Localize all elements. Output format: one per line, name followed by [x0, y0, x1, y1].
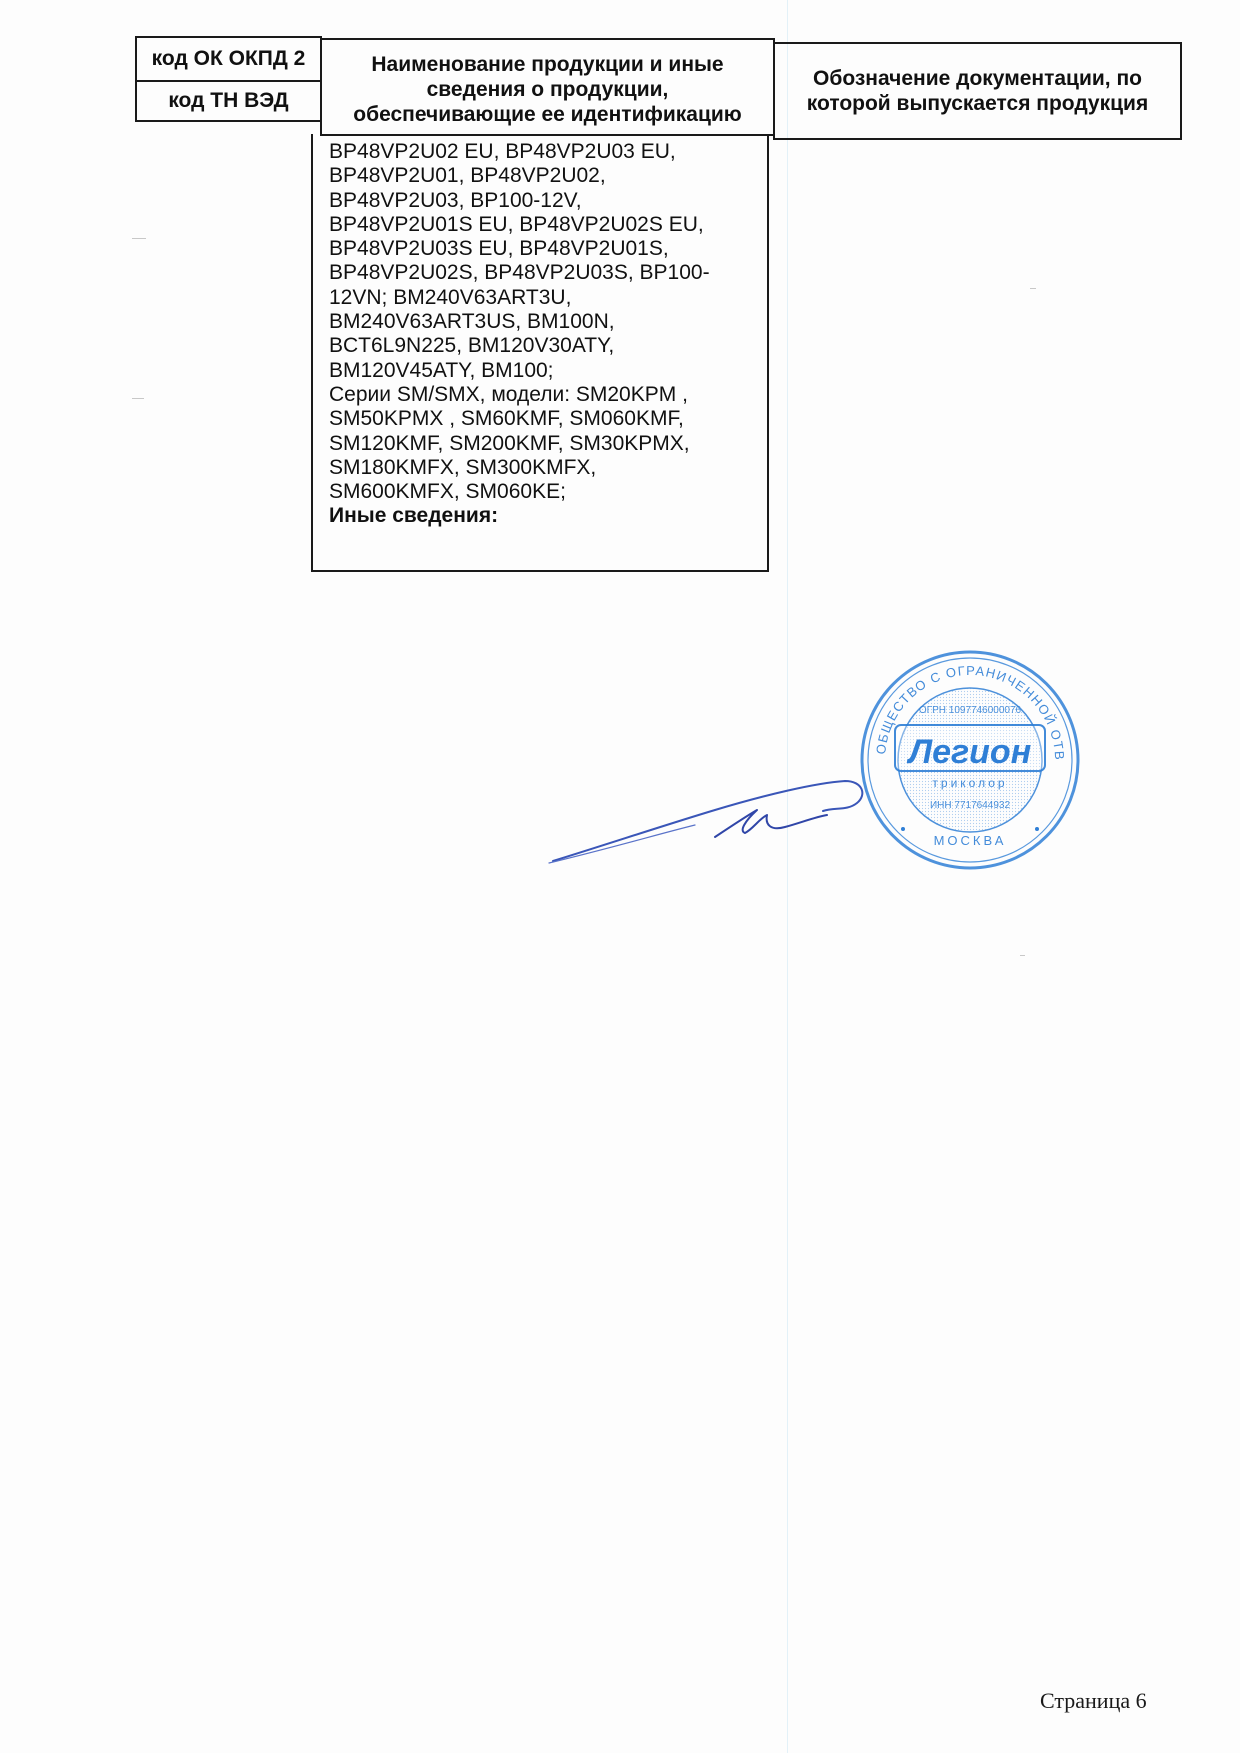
header-okpd-code: код ОК ОКПД 2 [135, 36, 322, 82]
product-list-line: SM120KMF, SM200KMF, SM30KPMX, [329, 432, 757, 456]
product-list-line: SM180KMFX, SM300KMFX, [329, 456, 757, 480]
header-okpd-code-label: код ОК ОКПД 2 [152, 47, 306, 71]
header-tnved-code-label: код ТН ВЭД [168, 89, 288, 113]
header-tnved-code: код ТН ВЭД [135, 80, 322, 122]
svg-text:ОГРН 1097746000076: ОГРН 1097746000076 [919, 705, 1022, 716]
product-list-line: BP48VP2U03, BP100-12V, [329, 189, 757, 213]
product-list-line: SM50KPMX , SM60KMF, SM060KMF, [329, 407, 757, 431]
product-list-line: BP48VP2U02S, BP48VP2U03S, BP100- [329, 261, 757, 285]
product-list-line: BP48VP2U01S EU, BP48VP2U02S EU, [329, 213, 757, 237]
header-product-name-line: обеспечивающие ее идентификацию [353, 102, 741, 127]
header-product-name-line: сведения о продукции, [427, 77, 669, 102]
product-list-line: SM600KMFX, SM060KE; [329, 480, 757, 504]
page-number: Страница 6 [1040, 1688, 1147, 1714]
svg-text:триколор: триколор [932, 776, 1007, 790]
scan-artifact-line [787, 0, 788, 1753]
signature-icon [545, 755, 865, 865]
header-product-name: Наименование продукции и иные сведения о… [320, 38, 775, 136]
product-list-line: BP48VP2U02 EU, BP48VP2U03 EU, [329, 140, 757, 164]
svg-text:ИНН 7717644932: ИНН 7717644932 [930, 800, 1010, 811]
product-list-line: BCT6L9N225, BM120V30ATY, [329, 334, 757, 358]
scan-speck [1030, 288, 1036, 289]
header-documentation-line: которой выпускается продукция [807, 91, 1148, 116]
scan-speck [132, 398, 144, 399]
product-list-line: Серии SM/SMX, модели: SM20KPM , [329, 383, 757, 407]
other-info-label: Иные сведения: [329, 504, 757, 528]
company-stamp-icon: ОБЩЕСТВО С ОГРАНИЧЕННОЙ ОТВЕТСТВЕННОСТЬЮ… [855, 645, 1085, 875]
header-documentation-line: Обозначение документации, по [813, 66, 1142, 91]
product-list-cell: BP48VP2U02 EU, BP48VP2U03 EU, BP48VP2U01… [311, 134, 769, 572]
product-list-line: BM120V45ATY, BM100; [329, 359, 757, 383]
svg-text:МОСКВА: МОСКВА [934, 833, 1007, 848]
scan-speck [132, 238, 146, 239]
product-list-line: BP48VP2U03S EU, BP48VP2U01S, [329, 237, 757, 261]
product-list-line: 12VN; BM240V63ART3U, [329, 286, 757, 310]
document-page: код ОК ОКПД 2 код ТН ВЭД Наименование пр… [0, 0, 1240, 1753]
scan-speck [1020, 955, 1025, 956]
svg-text:Легион: Легион [906, 733, 1032, 771]
product-list-line: BP48VP2U01, BP48VP2U02, [329, 164, 757, 188]
header-documentation: Обозначение документации, по которой вып… [773, 42, 1182, 140]
header-product-name-line: Наименование продукции и иные [371, 52, 723, 77]
product-list-line: BM240V63ART3US, BM100N, [329, 310, 757, 334]
